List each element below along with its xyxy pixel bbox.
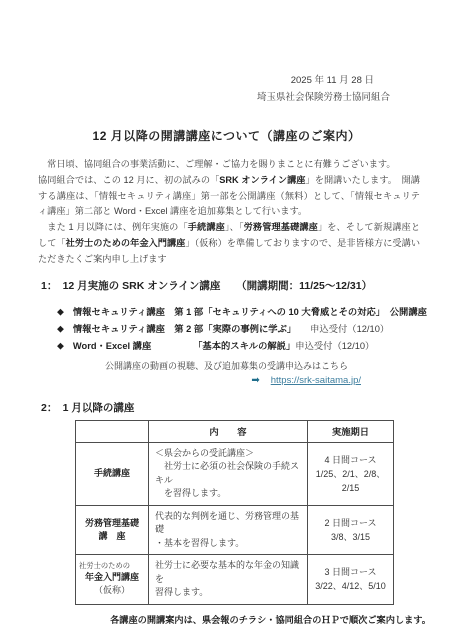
- course-name-cell: 労務管理基礎 講 座: [76, 505, 149, 555]
- content-line: 代表的な判例を通じ、労務管理の基礎: [155, 510, 302, 537]
- paragraph2-bold-roumu: 労務管理基礎講座: [244, 222, 318, 232]
- schedule-dates: 3/8、3/15: [308, 530, 393, 544]
- course-name: 講 座: [76, 530, 148, 543]
- content-line: ＜県会からの受託講座＞: [155, 447, 302, 461]
- course-name-cell: 社労士のための 年金入門講座 （仮称）: [76, 555, 149, 605]
- document-title: 12 月以降の開講講座について（講座のご案内）: [0, 127, 453, 144]
- schedule-course-length: 2 日間コース: [308, 516, 393, 530]
- diamond-bullet-icon: ◆: [57, 320, 64, 337]
- content-line: ・基本を習得します。: [155, 537, 302, 551]
- table-row: 労務管理基礎 講 座 代表的な判例を通じ、労務管理の基礎 ・基本を習得します。 …: [76, 505, 394, 555]
- content-line: を習得します。: [155, 487, 302, 501]
- document-date: 2025 年 11 月 28 日: [0, 72, 390, 89]
- document-header: 2025 年 11 月 28 日 埼玉県社会保険労務士協同組合: [0, 0, 453, 106]
- paragraph2-seg2: 」、「: [225, 222, 244, 232]
- footer-note: 各講座の開講案内は、県会報のチラシ・協同組合のＨＰで順次ご案内します。: [0, 612, 453, 626]
- diamond-bullet-icon: ◆: [57, 337, 64, 354]
- course-name: 年金入門講座: [76, 571, 148, 584]
- bullet-text-bold: 情報セキュリティ講座 第 1 部「セキュリティへの 10 大脅威とその対応」 公…: [73, 307, 427, 317]
- course-name: 労務管理基礎: [76, 517, 148, 530]
- schedule-dates: 3/22、4/12、5/10: [308, 579, 393, 593]
- bullet-item-security-part1: ◆情報セキュリティ講座 第 1 部「セキュリティへの 10 大脅威とその対応」 …: [57, 304, 453, 321]
- section1-heading: 1： 12 月実施の SRK オンライン講座 （開講期間：11/25～12/31…: [41, 278, 453, 293]
- header-cell-course: [76, 420, 149, 442]
- paragraph2-seg1: また 1 月以降には、例年実施の「: [38, 222, 188, 232]
- link-row: ➡https://srk-saitama.jp/: [0, 373, 361, 388]
- schedule-course-length: 3 日間コース: [308, 565, 393, 579]
- bullet-text-bold: Word・Excel 講座 「基本的スキルの解説」: [73, 341, 295, 351]
- organization-name: 埼玉県社会保険労務士協同組合: [0, 89, 390, 106]
- course-content-cell: 社労士に必要な基本的な年金の知識を 習得します。: [149, 555, 308, 605]
- paragraph2-bold-nenkin: 社労士のための年金入門講座: [66, 238, 186, 248]
- course-name-prefix: 社労士のための: [76, 561, 148, 571]
- schedule-course-length: 4 日間コース: [308, 453, 393, 467]
- course-name-tentative: （仮称）: [76, 584, 148, 597]
- bullet-item-security-part2: ◆情報セキュリティ講座 第 2 部「実際の事例に学ぶ」 申込受付（12/10）: [57, 321, 453, 338]
- course-schedule-cell: 3 日間コース 3/22、4/12、5/10: [308, 555, 394, 605]
- course-schedule-cell: 2 日間コース 3/8、3/15: [308, 505, 394, 555]
- table-header-row: 内 容 実施期日: [76, 420, 394, 442]
- content-line: 習得します。: [155, 586, 302, 600]
- paragraph1-line1: 常日頃、協同組合の事業活動に、ご理解・ご協力を賜りまことに有難うございます。: [38, 157, 420, 173]
- application-note: 公開講座の動画の視聴、及び追加募集の受講申込みはこちら: [0, 359, 453, 372]
- content-line: 社労士に必須の社会保険の手続スキル: [155, 460, 302, 487]
- course-bullet-list: ◆情報セキュリティ講座 第 1 部「セキュリティへの 10 大脅威とその対応」 …: [57, 304, 453, 355]
- paragraph1-body: 協同組合では、この 12 月に、初の試みの「SRK オンライン講座」を開講いたし…: [38, 173, 420, 220]
- document-page: 2025 年 11 月 28 日 埼玉県社会保険労務士協同組合 12 月以降の開…: [0, 0, 453, 640]
- course-content-cell: ＜県会からの受託講座＞ 社労士に必須の社会保険の手続スキル を習得します。: [149, 442, 308, 505]
- schedule-dates: 1/25、2/1、2/8、2/15: [308, 467, 393, 495]
- course-name-cell: 手続講座: [76, 442, 149, 505]
- intro-paragraph-2: また 1 月以降には、例年実施の「手続講座」、「労務管理基礎講座」を、そして新規…: [38, 220, 420, 267]
- course-schedule-table: 内 容 実施期日 手続講座 ＜県会からの受託講座＞ 社労士に必須の社会保険の手続…: [75, 420, 394, 605]
- diamond-bullet-icon: ◆: [57, 303, 64, 320]
- table-row: 手続講座 ＜県会からの受託講座＞ 社労士に必須の社会保険の手続スキル を習得しま…: [76, 442, 394, 505]
- course-content-cell: 代表的な判例を通じ、労務管理の基礎 ・基本を習得します。: [149, 505, 308, 555]
- right-arrow-icon: ➡: [251, 375, 259, 386]
- bullet-text-regular: 申込受付（12/10）: [295, 341, 374, 351]
- srk-website-link[interactable]: https://srk-saitama.jp/: [271, 375, 361, 386]
- table-row: 社労士のための 年金入門講座 （仮称） 社労士に必要な基本的な年金の知識を 習得…: [76, 555, 394, 605]
- section2-heading: 2： 1 月以降の講座: [41, 400, 453, 415]
- header-cell-schedule: 実施期日: [308, 420, 394, 442]
- header-cell-content: 内 容: [149, 420, 308, 442]
- paragraph1-seg1: 協同組合では、この 12 月に、初の試みの「: [38, 175, 219, 185]
- paragraph1-bold-srk: SRK オンライン講座: [219, 175, 305, 185]
- course-schedule-cell: 4 日間コース 1/25、2/1、2/8、2/15: [308, 442, 394, 505]
- course-name: 手続講座: [94, 468, 130, 478]
- bullet-item-word-excel: ◆Word・Excel 講座 「基本的スキルの解説」申込受付（12/10）: [57, 338, 453, 355]
- bullet-text-regular: 申込受付（12/10）: [292, 324, 390, 334]
- content-line: 社労士に必要な基本的な年金の知識を: [155, 559, 302, 586]
- paragraph2-bold-tetsuzuki: 手続講座: [188, 222, 225, 232]
- intro-paragraph-1: 常日頃、協同組合の事業活動に、ご理解・ご協力を賜りまことに有難うございます。 協…: [38, 157, 420, 220]
- bullet-text-bold: 情報セキュリティ講座 第 2 部「実際の事例に学ぶ」: [73, 324, 292, 334]
